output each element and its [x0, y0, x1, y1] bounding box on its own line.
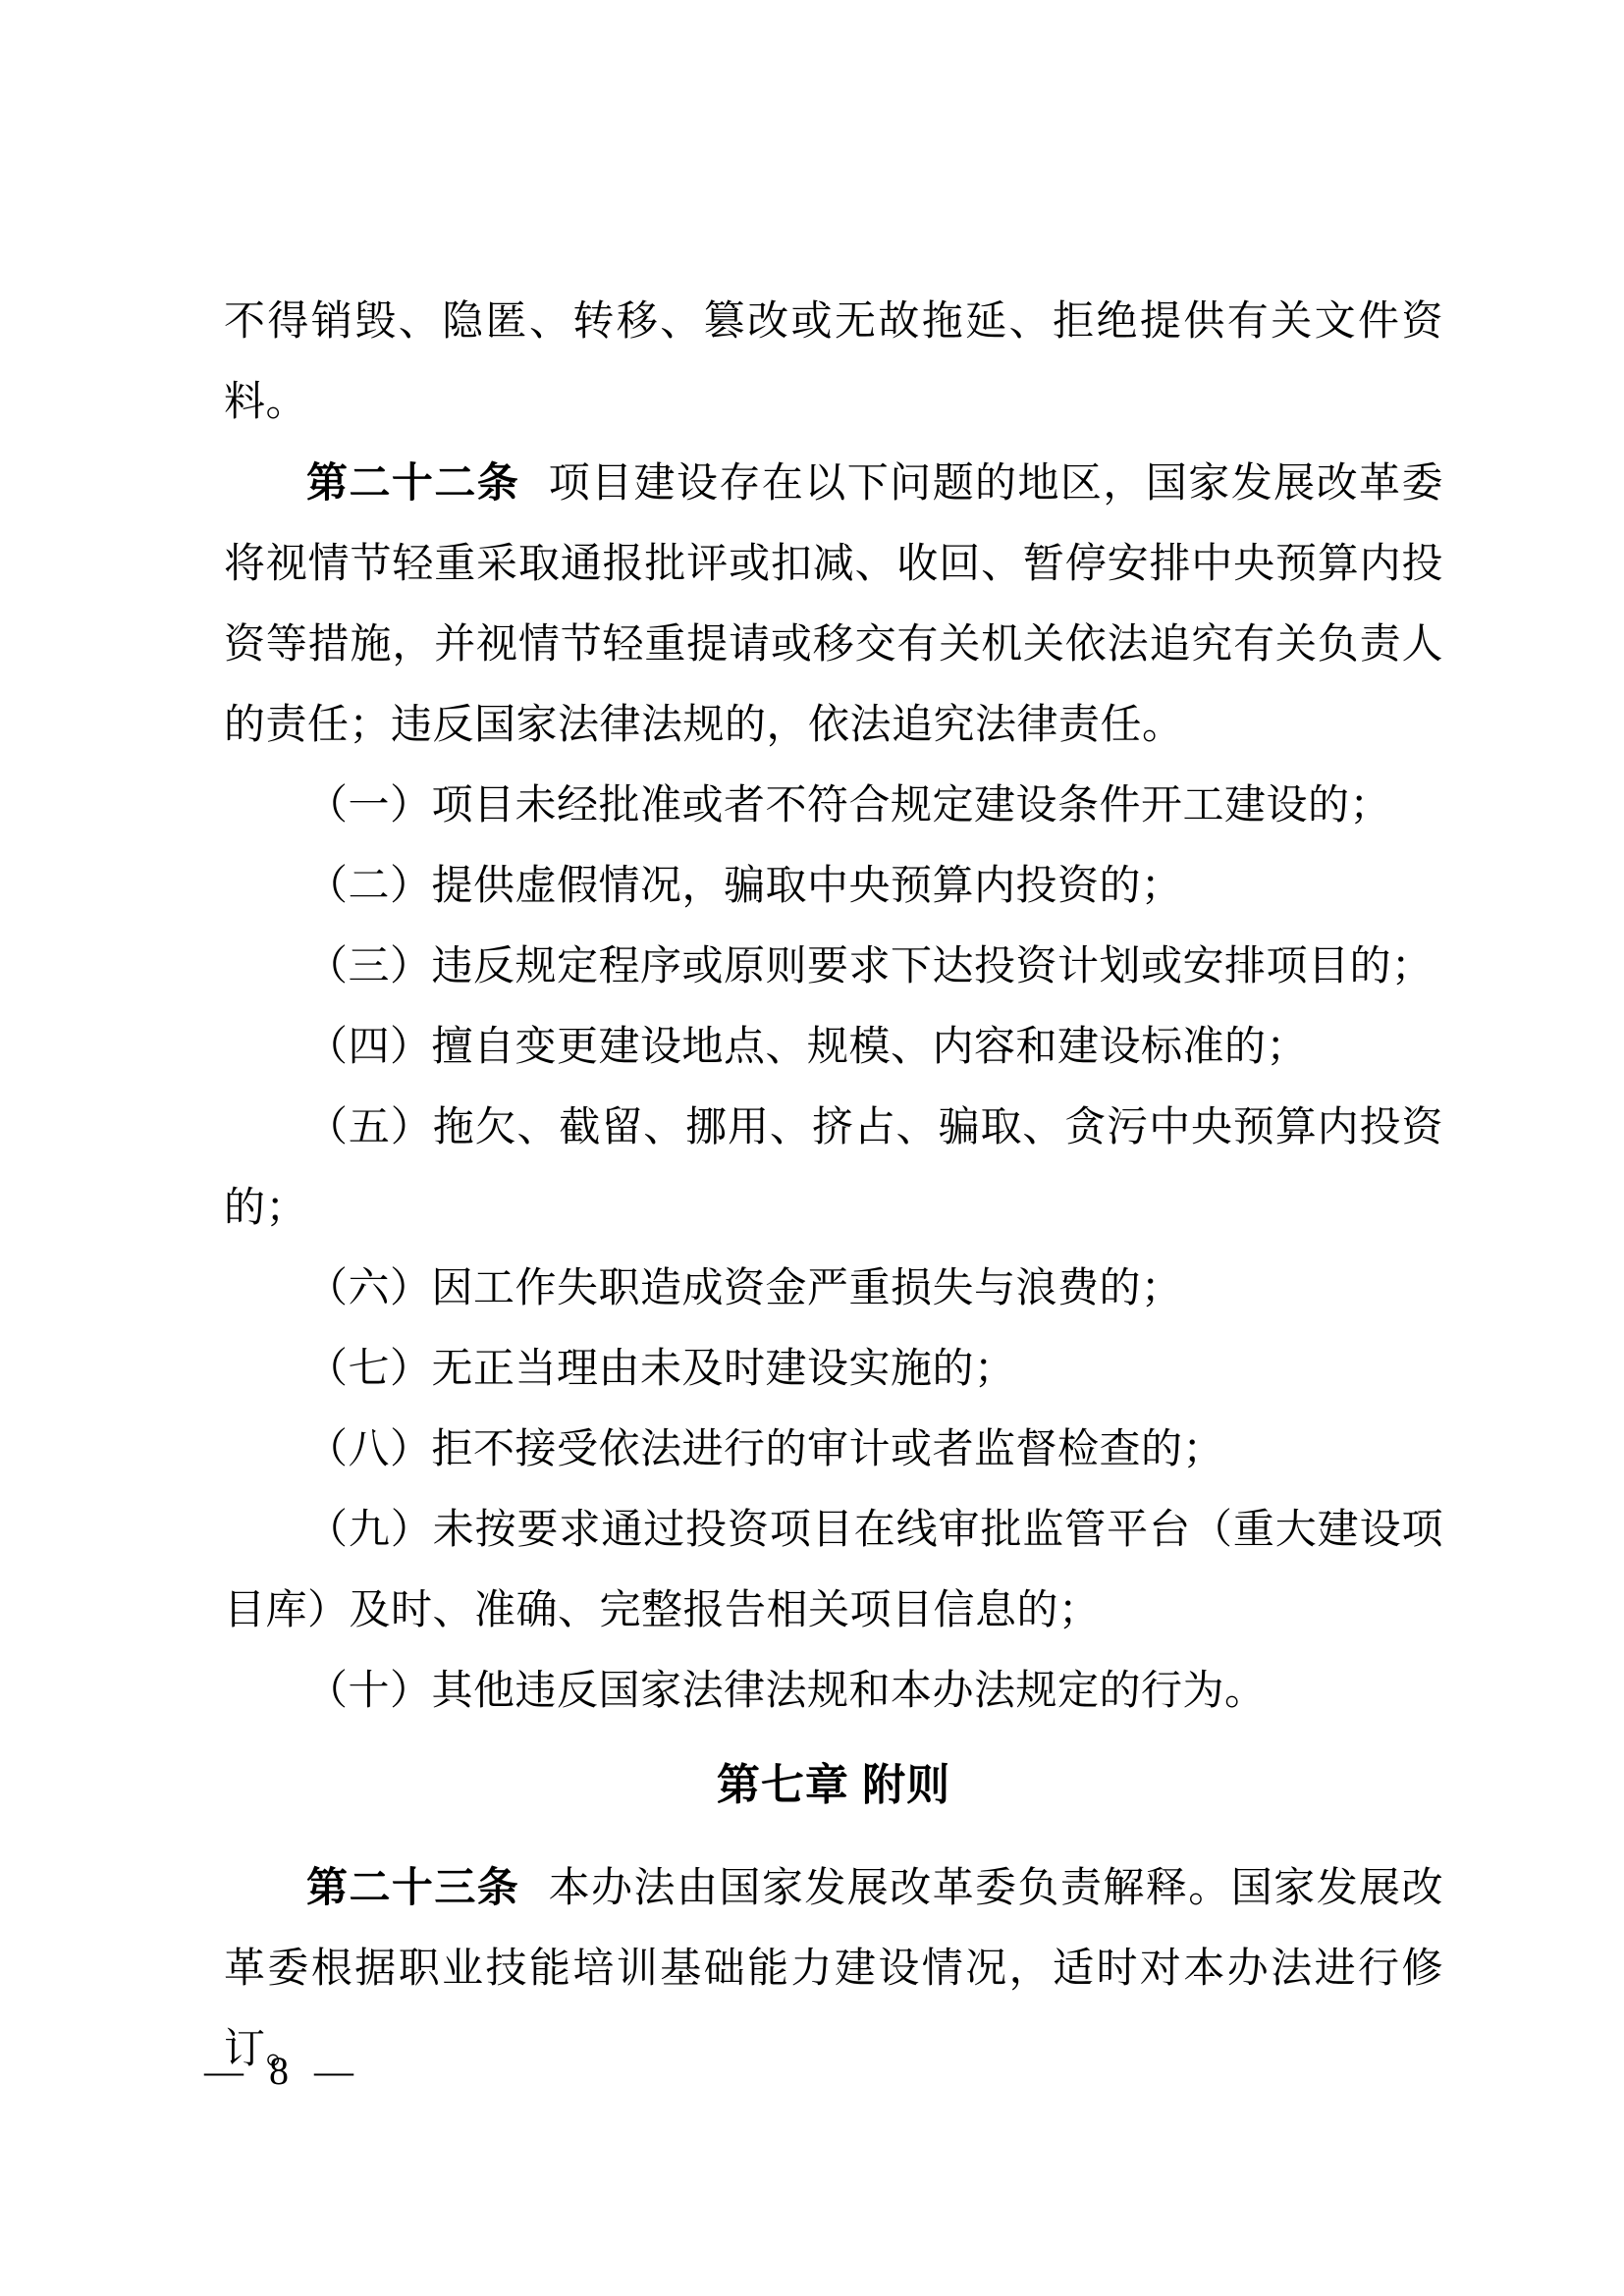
article-23-label: 第二十三条 [306, 1864, 519, 1910]
continuation-paragraph-text: 不得销毁、隐匿、转移、篡改或无故拖延、拒绝提供有关文件资料。 [224, 299, 1443, 425]
item-4-text: （四）擅自变更建设地点、规模、内容和建设标准的； [306, 1025, 1308, 1070]
item-8-text: （八）拒不接受依法进行的审计或者监督检查的； [306, 1427, 1224, 1472]
item-10: （十）其他违反国家法律法规和本办法规定的行为。 [224, 1651, 1443, 1732]
article-22-label: 第二十二条 [306, 459, 519, 506]
item-2-text: （二）提供虚假情况，骗取中央预算内投资的； [306, 864, 1183, 909]
item-5: （五）拖欠、截留、挪用、挤占、骗取、贪污中央预算内投资的； [224, 1088, 1443, 1249]
continuation-paragraph: 不得销毁、隐匿、转移、篡改或无故拖延、拒绝提供有关文件资料。 [224, 282, 1443, 443]
item-6-text: （六）因工作失职造成资金严重损失与浪费的； [306, 1266, 1183, 1311]
item-4: （四）擅自变更建设地点、规模、内容和建设标准的； [224, 1007, 1443, 1088]
item-1: （一）项目未经批准或者不符合规定建设条件开工建设的； [224, 766, 1443, 846]
article-23-paragraph: 第二十三条本办法由国家发展改革委负责解释。国家发展改革委根据职业技能培训基础能力… [224, 1847, 1443, 2090]
item-1-text: （一）项目未经批准或者不符合规定建设条件开工建设的； [306, 783, 1391, 828]
item-10-text: （十）其他违反国家法律法规和本办法规定的行为。 [306, 1669, 1267, 1714]
document-page: 不得销毁、隐匿、转移、篡改或无故拖延、拒绝提供有关文件资料。 第二十二条项目建设… [0, 0, 1624, 2296]
article-22-paragraph: 第二十二条项目建设存在以下问题的地区，国家发展改革委将视情节轻重采取通报批评或扣… [224, 443, 1443, 766]
item-3: （三）违反规定程序或原则要求下达投资计划或安排项目的； [224, 927, 1443, 1007]
item-2: （二）提供虚假情况，骗取中央预算内投资的； [224, 846, 1443, 927]
document-body: 不得销毁、隐匿、转移、篡改或无故拖延、拒绝提供有关文件资料。 第二十二条项目建设… [224, 282, 1443, 2090]
item-9: （九）未按要求通过投资项目在线审批监管平台（重大建设项目库）及时、准确、完整报告… [224, 1490, 1443, 1651]
item-8: （八）拒不接受依法进行的审计或者监督检查的； [224, 1410, 1443, 1490]
item-7: （七）无正当理由未及时建设实施的； [224, 1329, 1443, 1410]
item-9-text: （九）未按要求通过投资项目在线审批监管平台（重大建设项目库）及时、准确、完整报告… [224, 1508, 1443, 1633]
item-7-text: （七）无正当理由未及时建设实施的； [306, 1347, 1016, 1392]
item-6: （六）因工作失职造成资金严重损失与浪费的； [224, 1249, 1443, 1329]
page-number: — 8 — [204, 2048, 361, 2095]
chapter-7-heading: 第七章 附则 [224, 1745, 1443, 1826]
item-5-text: （五）拖欠、截留、挪用、挤占、骗取、贪污中央预算内投资的； [224, 1105, 1443, 1231]
item-3-text: （三）违反规定程序或原则要求下达投资计划或安排项目的； [306, 944, 1434, 989]
